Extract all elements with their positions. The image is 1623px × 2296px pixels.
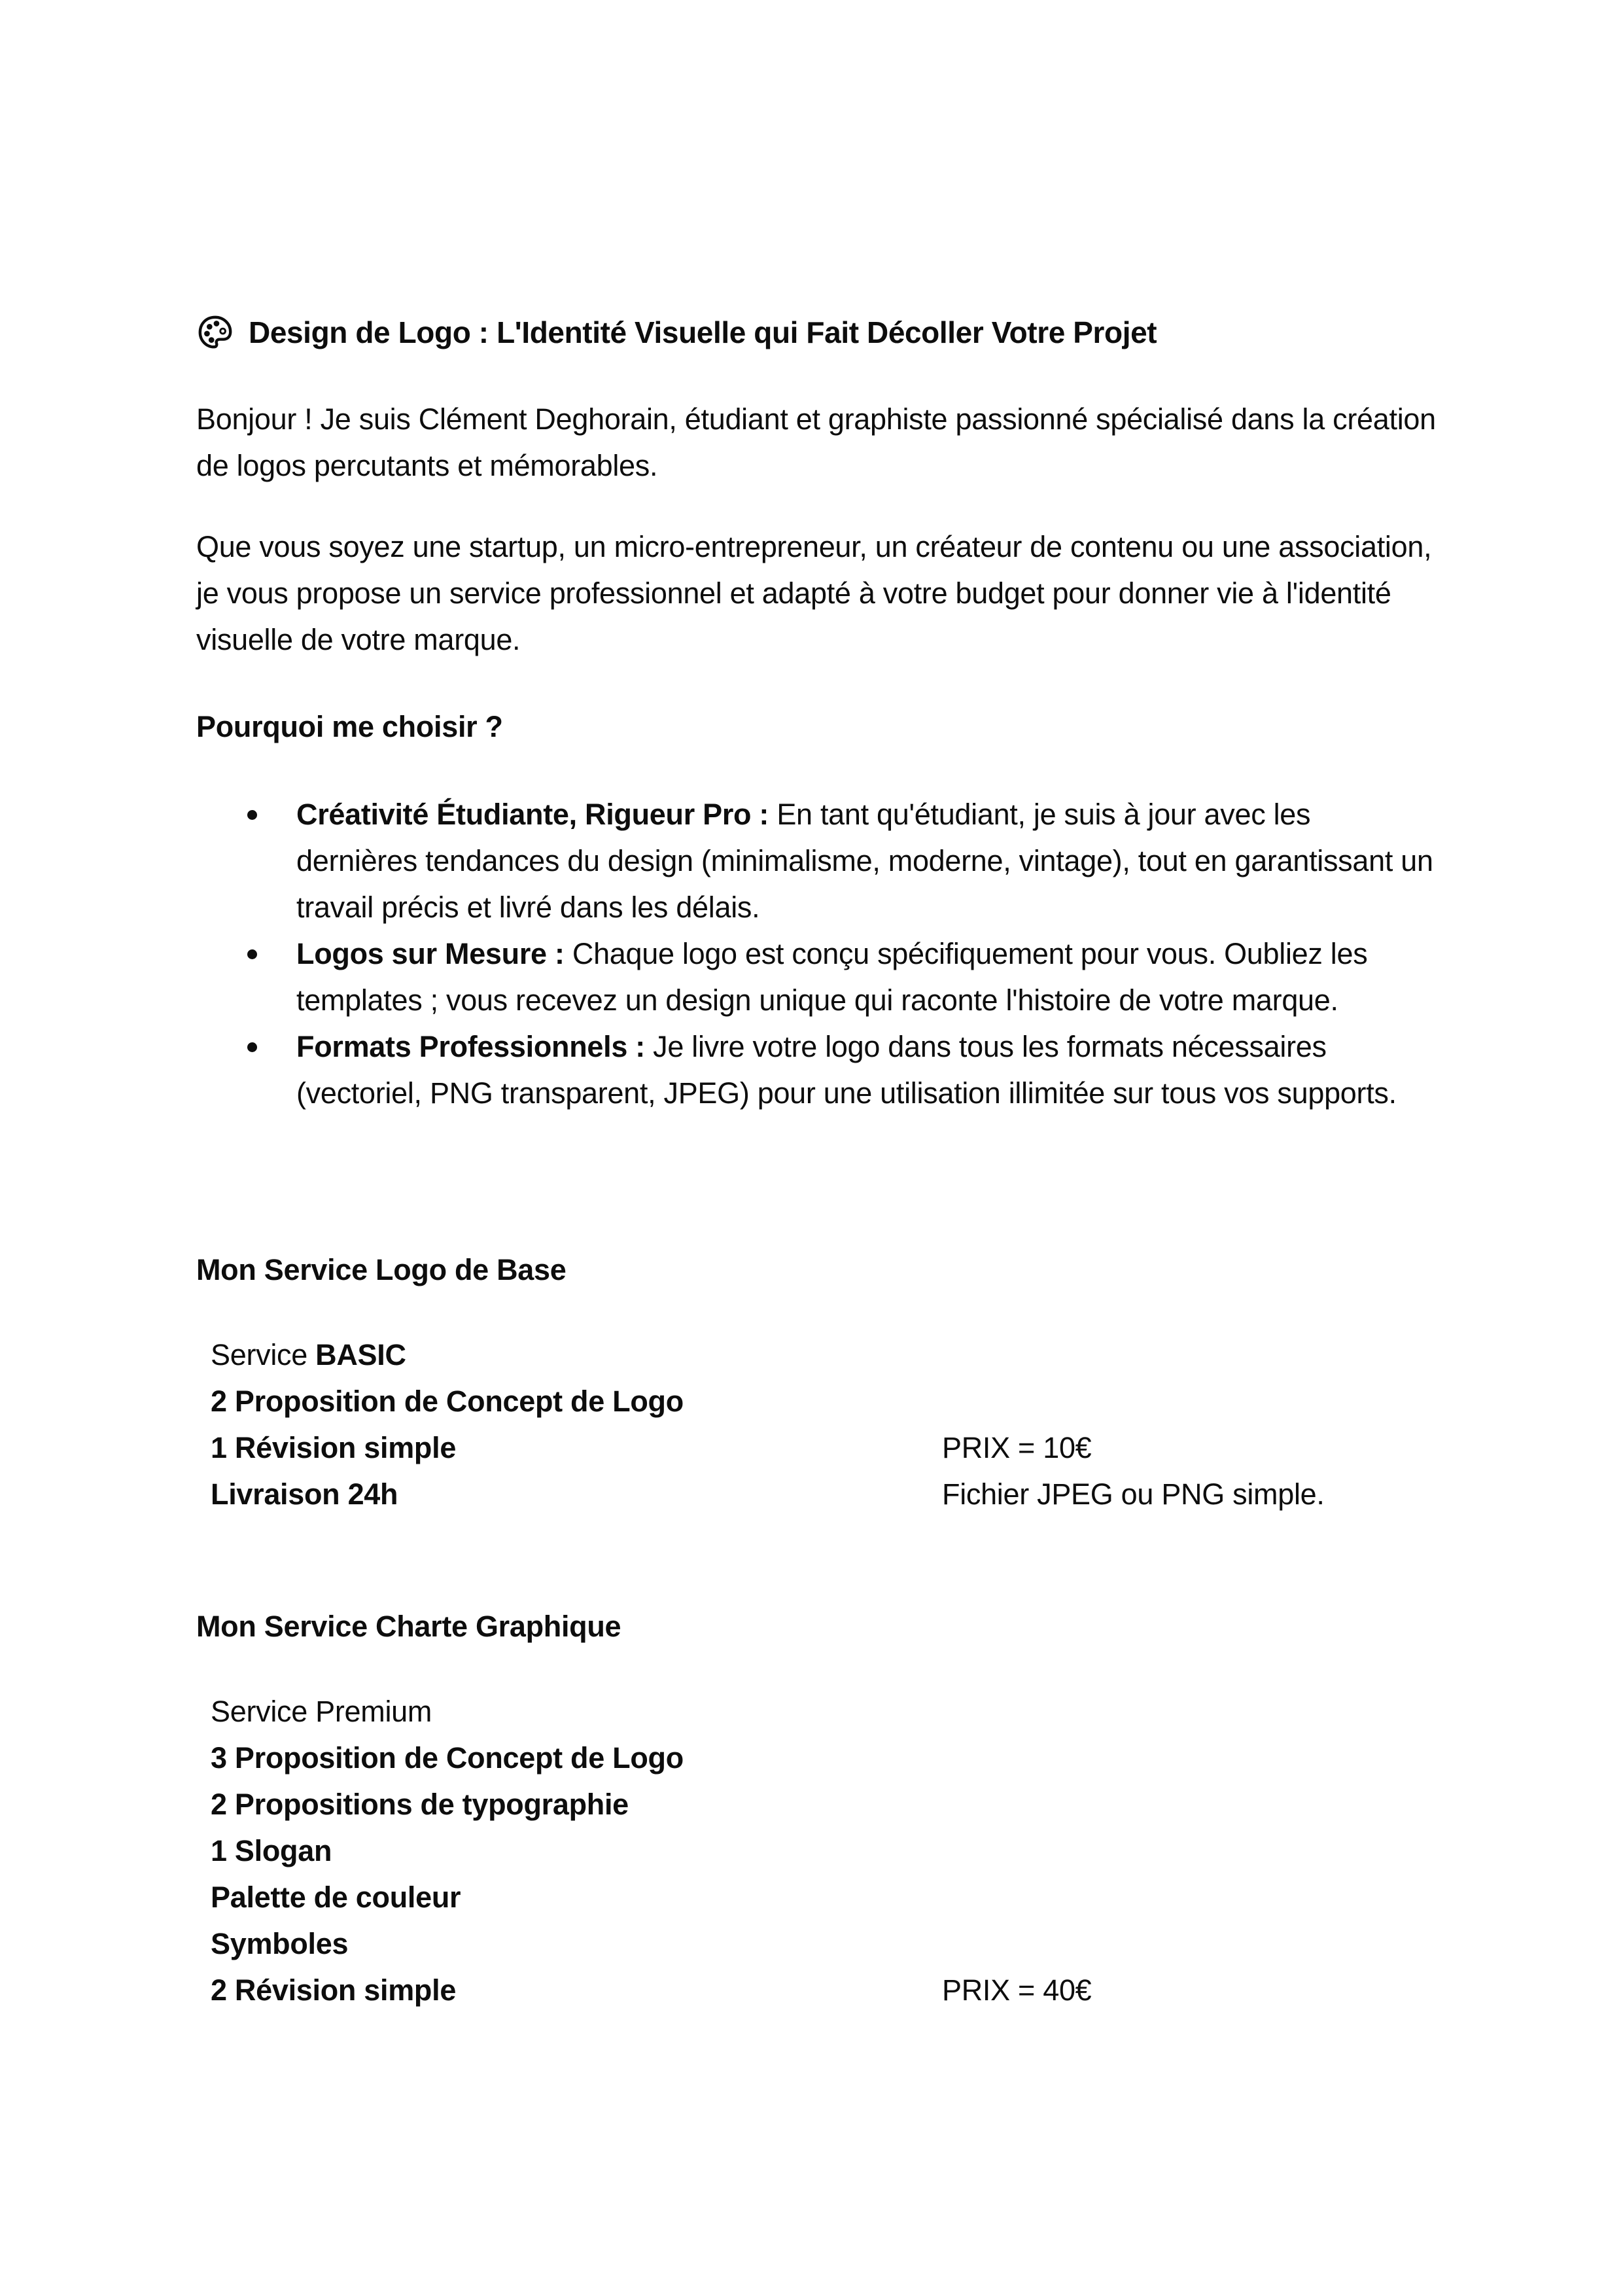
service-item: Livraison 24h [211,1471,398,1517]
service-row: 2 Révision simple PRIX = 40€ [211,1967,1388,2013]
bullet-item: Logos sur Mesure : Chaque logo est conçu… [196,930,1439,1023]
service-row: 2 Proposition de Concept de Logo [211,1378,1388,1424]
bullet-dot-icon [247,949,257,959]
service-item: 2 Proposition de Concept de Logo [211,1378,684,1424]
service-item: 3 Proposition de Concept de Logo [211,1735,684,1781]
document-page: Design de Logo : L'Identité Visuelle qui… [0,0,1623,2296]
premium-service-table: Service Premium 3 Proposition de Concept… [211,1688,1388,2013]
bullet-dot-icon [247,810,257,820]
service-note: Fichier JPEG ou PNG simple. [942,1471,1325,1517]
service-row: 3 Proposition de Concept de Logo [211,1735,1388,1781]
service-row: Symboles [211,1920,1388,1967]
intro-paragraph-1: Bonjour ! Je suis Clément Deghorain, étu… [196,396,1439,489]
service-item: 1 Révision simple [211,1424,456,1471]
document-title-row: Design de Logo : L'Identité Visuelle qui… [196,309,1157,356]
bullet-dot-icon [247,1042,257,1052]
service-price: PRIX = 10€ [942,1424,1091,1471]
bullet-item: Formats Professionnels : Je livre votre … [196,1023,1439,1116]
bullet-label: Formats Professionnels : [296,1030,645,1063]
why-bullet-list: Créativité Étudiante, Rigueur Pro : En t… [196,791,1439,1116]
service-name: Service Premium [211,1688,432,1735]
service-row: Service BASIC [211,1332,1388,1378]
bullet-label: Logos sur Mesure : [296,937,565,970]
service-item: 2 Révision simple [211,1967,456,2013]
service-item: Palette de couleur [211,1874,461,1920]
service-row: 1 Révision simple PRIX = 10€ [211,1424,1388,1471]
service-row: Service Premium [211,1688,1388,1735]
service-item: 2 Propositions de typographie [211,1781,629,1828]
why-heading: Pourquoi me choisir ? [196,703,503,750]
service-price: PRIX = 40€ [942,1967,1091,2013]
service-name: Service BASIC [211,1332,406,1378]
service-item: 1 Slogan [211,1828,332,1874]
bullet-item: Créativité Étudiante, Rigueur Pro : En t… [196,791,1439,930]
service-row: 1 Slogan [211,1828,1388,1874]
basic-service-table: Service BASIC 2 Proposition de Concept d… [211,1332,1388,1517]
service-item: Symboles [211,1920,348,1967]
service-tier-badge: BASIC [315,1338,406,1371]
intro-paragraph-2: Que vous soyez une startup, un micro-ent… [196,523,1439,663]
palette-icon [196,313,234,351]
basic-service-heading: Mon Service Logo de Base [196,1246,566,1293]
premium-service-heading: Mon Service Charte Graphique [196,1603,621,1650]
service-row: Livraison 24h Fichier JPEG ou PNG simple… [211,1471,1388,1517]
service-row: Palette de couleur [211,1874,1388,1920]
document-title: Design de Logo : L'Identité Visuelle qui… [249,309,1157,356]
bullet-label: Créativité Étudiante, Rigueur Pro : [296,798,769,831]
service-row: 2 Propositions de typographie [211,1781,1388,1828]
service-name-prefix: Service [211,1338,315,1371]
